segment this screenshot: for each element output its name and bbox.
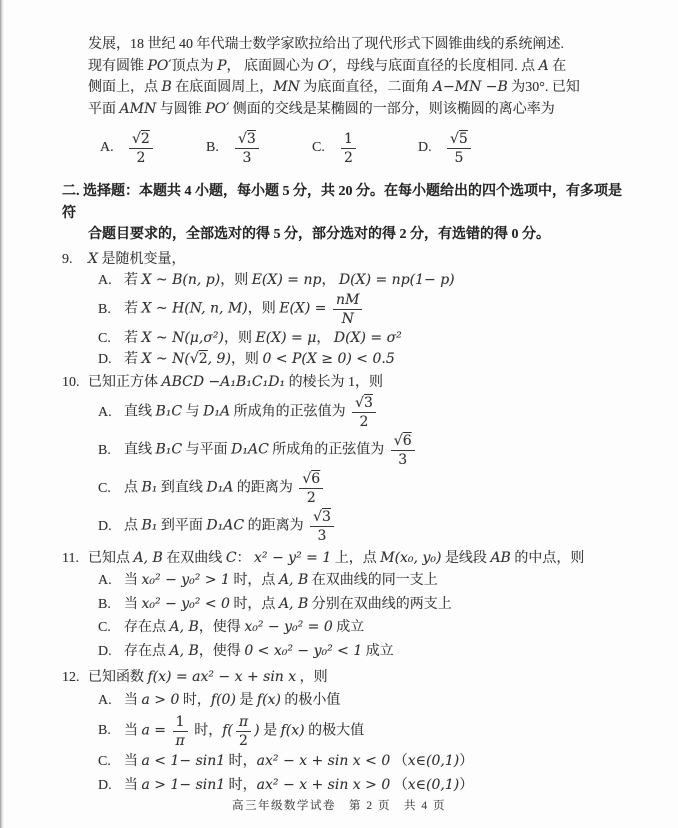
math-expression: A	[539, 58, 549, 74]
option-label: A.	[98, 570, 124, 593]
math-expression: ABCD −A₁B₁C₁D₁	[162, 374, 286, 390]
option-label: C.	[98, 617, 124, 640]
option-c: C.若 X ~ N(μ,σ²)，则 E(X) = μ， D(X) = σ²	[62, 328, 634, 349]
radicand: 2	[141, 131, 150, 147]
numerator: nM	[333, 292, 362, 309]
option-label: B.	[98, 442, 124, 460]
fraction: nMN	[333, 292, 362, 327]
page-footer: 高三年级数学试卷 第 2 页 共 4 页	[0, 797, 678, 813]
denominator: 2	[129, 148, 153, 166]
numerator: √6	[391, 433, 415, 450]
option-text: 当 a = 1π 时，f(π2) 是 f(x) 的极大值	[124, 713, 364, 750]
math-expression: )	[254, 722, 259, 738]
denominator: 2	[341, 148, 356, 166]
math-expression: D(X) = np(1− p)	[339, 272, 455, 288]
option-text: 直线 B₁C 与 D₁A 所成角的正弦值为 √32	[124, 394, 379, 431]
option-b: B.若 X ~ H(N, n, M)，则 E(X) = nMN	[62, 291, 634, 328]
math-expression: π	[176, 733, 185, 749]
math-expression: 0 < P(X ≥ 0) < 0.5	[262, 351, 394, 367]
page-content: 发展，18 世纪 40 年代瑞士数学家欧拉给出了现代形式下圆锥曲线的系统阐述. …	[62, 34, 634, 797]
question-number: 11.	[62, 548, 88, 570]
option-value: √33	[232, 130, 262, 167]
option-a: A.直线 B₁C 与 D₁A 所成角的正弦值为 √32	[62, 394, 634, 432]
math-expression: X ~ N(	[142, 351, 190, 367]
option-label: B.	[98, 301, 124, 319]
option-text: 当 a > 0 时，f(0) 是 f(x) 的极小值	[124, 693, 340, 708]
math-expression: x₀² − y₀² = 0	[244, 619, 332, 635]
numerator: π	[236, 714, 251, 731]
radicand: 3	[247, 131, 256, 147]
option-text: 直线 B₁C 与平面 D₁AC 所成角的正弦值为 √63	[124, 432, 418, 469]
question-number: 10.	[62, 372, 88, 394]
stem-line-1: 发展，18 世纪 40 年代瑞士数学家欧拉给出了现代形式下圆锥曲线的系统阐述.	[88, 34, 634, 56]
sqrt-expression: √3	[238, 131, 256, 147]
sqrt-expression: √6	[302, 471, 320, 487]
numerator: 1	[341, 131, 356, 148]
math-expression: x₀² − y₀² < 0	[142, 596, 230, 612]
sqrt-expression: √5	[450, 131, 468, 147]
option-label: A.	[100, 140, 126, 156]
option-value: √22	[126, 130, 156, 167]
question-12: 12.已知函数 f(x) = ax² − x + sin x ，则 A.当 a …	[62, 667, 634, 797]
radicand: 6	[403, 433, 412, 449]
math-expression: AB	[490, 550, 510, 566]
denominator: 2	[236, 731, 251, 749]
math-expression: X	[88, 251, 98, 267]
option-b: B.当 x₀² − y₀² < 0 时，点 A, B 分别在双曲线的两支上	[62, 593, 634, 617]
math-expression: P	[217, 58, 226, 74]
math-expression: B₁	[142, 518, 158, 534]
fraction: √22	[129, 131, 153, 166]
option-label: B.	[206, 140, 232, 156]
option-label: C.	[98, 480, 124, 498]
numerator: √5	[447, 131, 471, 148]
option-c: C. 12	[312, 130, 418, 167]
question-stem: 已知函数 f(x) = ax² − x + sin x ，则	[88, 670, 328, 685]
math-expression: a =	[142, 722, 167, 738]
option-b: B.当 a = 1π 时，f(π2) 是 f(x) 的极大值	[62, 712, 634, 750]
denominator: 5	[447, 148, 471, 166]
math-expression: f(x)	[257, 692, 281, 708]
option-d: D. √55	[418, 130, 524, 167]
radicand: 5	[459, 131, 468, 147]
stem-line-3: 侧面上，点 B 在底面圆周上，MN 为底面直径，二面角 A−MN −B 为30°…	[88, 77, 634, 99]
denominator: 3	[310, 526, 334, 544]
math-expression: a < 1− sin1	[142, 753, 226, 769]
denominator: 2	[299, 488, 323, 506]
math-expression: E(X) = μ	[256, 330, 317, 346]
section-header-line-1: 二. 选择题：本题共 4 小题，每小题 5 分，共 20 分。在每小题给出的四个…	[62, 181, 634, 224]
question-9: 9.X 是随机变量， A.若 X ~ B(n, p)，则 E(X) = np， …	[62, 249, 634, 371]
question-number: 12.	[62, 667, 88, 689]
fraction: √32	[352, 395, 376, 430]
radicand: 6	[311, 471, 320, 487]
option-label: D.	[418, 140, 444, 156]
option-text: 当 x₀² − y₀² < 0 时，点 A, B 分别在双曲线的两支上	[124, 597, 452, 612]
option-d: D.当 a > 1− sin1 时，ax² − x + sin x > 0 （x…	[62, 774, 634, 798]
math-expression: f(x) = ax² − x + sin x	[148, 669, 297, 685]
math-expression: A, B	[279, 596, 308, 612]
math-expression: AMN	[120, 101, 157, 117]
math-expression: A, B	[279, 572, 308, 588]
math-expression: C	[226, 550, 237, 566]
math-expression: 0 < x₀² − y₀² < 1	[244, 643, 362, 659]
numerator: √3	[235, 131, 259, 148]
math-expression: a > 1− sin1	[142, 777, 226, 793]
math-expression: B₁	[142, 480, 158, 496]
sqrt-expression: √2	[132, 131, 150, 147]
option-text: 点 B₁ 到直线 D₁A 的距离为 √62	[124, 470, 326, 507]
option-label: B.	[98, 594, 124, 617]
question-11: 11.已知点 A, B 在双曲线 C： x² − y² = 1 上，点 M(x₀…	[62, 548, 634, 664]
math-expression: X ~ B(n, p)	[142, 272, 221, 288]
option-value: √55	[444, 130, 474, 167]
math-expression: a > 0	[142, 692, 180, 708]
math-expression: A, B	[170, 643, 199, 659]
math-expression: B	[162, 79, 172, 95]
option-value: 12	[338, 130, 359, 167]
option-label: A.	[98, 404, 124, 422]
denominator: 3	[391, 450, 415, 468]
exam-page: 发展，18 世纪 40 年代瑞士数学家欧拉给出了现代形式下圆锥曲线的系统阐述. …	[0, 0, 678, 828]
option-d: D.存在点 A, B，使得 0 < x₀² − y₀² < 1 成立	[62, 640, 634, 664]
stem-line-2: 现有圆锥 PO′顶点为 P， 底面圆心为 O′，母线与底面直径的长度相同. 点 …	[88, 56, 634, 78]
question-stem: X 是随机变量，	[88, 252, 185, 267]
denominator: 3	[235, 148, 259, 166]
denominator: N	[333, 309, 362, 327]
section-header-line-2: 合题目要求的，全部选对的得 5 分，部分选对的得 2 分，有选错的得 0 分。	[62, 224, 634, 246]
math-expression: A−MN −B	[433, 79, 508, 95]
option-c: C.当 a < 1− sin1 时，ax² − x + sin x < 0 （x…	[62, 750, 634, 774]
math-expression: E(X) = np	[252, 272, 322, 288]
sqrt-expression: √2	[190, 351, 208, 367]
math-expression: A, B	[134, 550, 163, 566]
math-expression: MN	[273, 79, 300, 95]
math-expression: O′	[318, 58, 333, 74]
question-stem: 已知点 A, B 在双曲线 C： x² − y² = 1 上，点 M(x₀, y…	[88, 551, 584, 566]
math-expression: D(X) = σ²	[334, 330, 402, 346]
option-label: D.	[98, 775, 124, 798]
fraction: √33	[310, 509, 334, 544]
stem-line-4: 平面 AMN 与圆锥 PO′ 侧面的交线是某椭圆的一部分，则该椭圆的离心率为	[88, 99, 634, 121]
sqrt-expression: √3	[355, 395, 373, 411]
math-expression: X ~ N(μ,σ²)	[142, 330, 225, 346]
numerator: √2	[129, 131, 153, 148]
radicand: 3	[364, 395, 373, 411]
math-expression: nM	[336, 292, 359, 308]
math-expression: π	[239, 714, 248, 730]
fraction: 1π	[173, 714, 188, 749]
option-d: D.若 X ~ N(√2, 9)，则 0 < P(X ≥ 0) < 0.5	[62, 349, 634, 370]
option-c: C.点 B₁ 到直线 D₁A 的距离为 √62	[62, 470, 634, 508]
math-expression: x∈(0,1)	[408, 753, 459, 769]
option-text: 当 a > 1− sin1 时，ax² − x + sin x > 0 （x∈(…	[124, 778, 473, 793]
math-expression: f(x)	[281, 722, 305, 738]
radicand: 2	[199, 351, 208, 367]
math-expression: ax² − x + sin x > 0	[257, 777, 391, 793]
numerator: √3	[310, 509, 334, 526]
fraction: 12	[341, 131, 356, 166]
question-8-options: A. √22 B. √33 C. 12 D. √55	[62, 127, 634, 169]
math-expression: E(X) =	[279, 301, 326, 317]
option-label: C.	[98, 751, 124, 774]
option-text: 存在点 A, B，使得 x₀² − y₀² = 0 成立	[124, 620, 364, 635]
math-expression: f(	[222, 722, 233, 738]
math-expression: M(x₀, y₀)	[380, 550, 441, 566]
option-d: D.点 B₁ 到平面 D₁AC 的距离为 √33	[62, 508, 634, 546]
fraction: π2	[236, 714, 251, 749]
numerator: √6	[299, 471, 323, 488]
math-expression: D₁AC	[231, 442, 269, 458]
math-expression: x∈(0,1)	[408, 777, 459, 793]
scan-edge	[0, 0, 4, 828]
fraction: √33	[235, 131, 259, 166]
math-expression: x₀² − y₀² > 1	[142, 572, 230, 588]
option-label: C.	[312, 140, 338, 156]
option-text: 存在点 A, B，使得 0 < x₀² − y₀² < 1 成立	[124, 644, 394, 659]
sqrt-expression: √6	[394, 433, 412, 449]
radicand: 3	[322, 509, 331, 525]
option-label: A.	[98, 690, 124, 713]
question-stem-line: 11.已知点 A, B 在双曲线 C： x² − y² = 1 上，点 M(x₀…	[62, 548, 634, 570]
math-expression: A, B	[170, 619, 199, 635]
math-expression: D₁A	[206, 480, 233, 496]
option-a: A.当 x₀² − y₀² > 1 时，点 A, B 在双曲线的同一支上	[62, 569, 634, 593]
fraction: √63	[391, 433, 415, 468]
math-expression: , 9)	[208, 351, 231, 367]
math-expression: D₁A	[203, 404, 230, 420]
section-2-header: 二. 选择题：本题共 4 小题，每小题 5 分，共 20 分。在每小题给出的四个…	[62, 181, 634, 246]
denominator: π	[173, 731, 188, 749]
question-stem-line: 10.已知正方体 ABCD −A₁B₁C₁D₁ 的棱长为 1，则	[62, 372, 634, 394]
option-label: B.	[98, 722, 124, 740]
option-c: C.存在点 A, B，使得 x₀² − y₀² = 0 成立	[62, 616, 634, 640]
math-expression: PO′	[148, 58, 172, 74]
question-number: 9.	[62, 249, 88, 271]
numerator: √3	[352, 395, 376, 412]
math-expression: D₁AC	[206, 518, 244, 534]
option-a: A. √22	[100, 130, 206, 167]
question-10: 10.已知正方体 ABCD −A₁B₁C₁D₁ 的棱长为 1，则 A.直线 B₁…	[62, 372, 634, 546]
question-stem: 已知正方体 ABCD −A₁B₁C₁D₁ 的棱长为 1，则	[88, 375, 383, 390]
question-8-stem: 发展，18 世纪 40 年代瑞士数学家欧拉给出了现代形式下圆锥曲线的系统阐述. …	[62, 34, 634, 120]
option-text: 当 a < 1− sin1 时，ax² − x + sin x < 0 （x∈(…	[124, 754, 473, 769]
option-label: A.	[98, 270, 124, 291]
math-expression: x² − y² = 1	[254, 550, 331, 566]
fraction: √62	[299, 471, 323, 506]
math-expression: X ~ H(N, n, M)	[142, 301, 248, 317]
option-text: 若 X ~ H(N, n, M)，则 E(X) = nMN	[124, 291, 365, 328]
option-text: 当 x₀² − y₀² > 1 时，点 A, B 在双曲线的同一支上	[124, 573, 438, 588]
option-a: A.若 X ~ B(n, p)，则 E(X) = np， D(X) = np(1…	[62, 270, 634, 291]
numerator: 1	[173, 714, 188, 731]
math-expression: f(0)	[211, 692, 236, 708]
math-expression: B₁C	[156, 442, 183, 458]
option-text: 若 X ~ B(n, p)，则 E(X) = np， D(X) = np(1− …	[124, 273, 455, 288]
option-text: 若 X ~ N(√2, 9)，则 0 < P(X ≥ 0) < 0.5	[124, 352, 395, 367]
option-label: D.	[98, 518, 124, 536]
option-b: B.直线 B₁C 与平面 D₁AC 所成角的正弦值为 √63	[62, 432, 634, 470]
option-label: D.	[98, 641, 124, 664]
math-expression: PO′	[205, 101, 229, 117]
math-expression: B₁C	[156, 404, 183, 420]
option-a: A.当 a > 0 时，f(0) 是 f(x) 的极小值	[62, 689, 634, 713]
option-text: 点 B₁ 到平面 D₁AC 的距离为 √33	[124, 508, 337, 545]
sqrt-expression: √3	[313, 509, 331, 525]
math-expression: N	[342, 311, 354, 327]
question-stem-line: 9.X 是随机变量，	[62, 249, 634, 271]
question-stem-line: 12.已知函数 f(x) = ax² − x + sin x ，则	[62, 667, 634, 689]
option-label: D.	[98, 349, 124, 370]
fraction: √55	[447, 131, 471, 166]
math-expression: ax² − x + sin x < 0	[257, 753, 391, 769]
option-label: C.	[98, 328, 124, 349]
option-text: 若 X ~ N(μ,σ²)，则 E(X) = μ， D(X) = σ²	[124, 331, 402, 346]
option-b: B. √33	[206, 130, 312, 167]
denominator: 2	[352, 412, 376, 430]
